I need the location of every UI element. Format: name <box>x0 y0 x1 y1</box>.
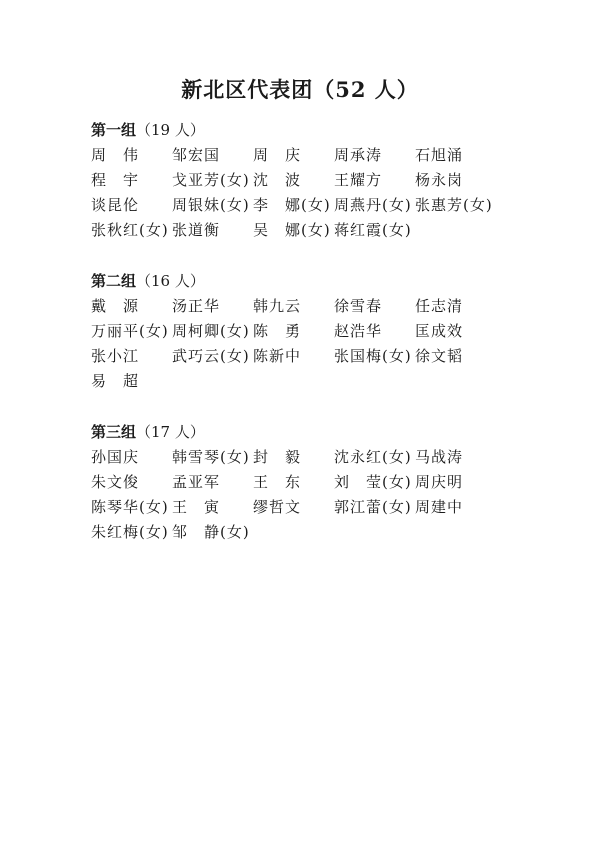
member-name: 张惠芳(女) <box>415 193 496 218</box>
member-name: 周 庆 <box>253 143 334 168</box>
member-name: 王 东 <box>253 470 334 495</box>
group-heading: 第二组（16 人） <box>91 268 496 294</box>
group-count: （17 人） <box>136 423 205 441</box>
name-row: 孙国庆韩雪琴(女)封 毅沈永红(女)马战涛 <box>91 445 496 470</box>
member-name: 马战涛 <box>415 445 496 470</box>
member-name: 韩雪琴(女) <box>172 445 253 470</box>
name-row: 张小江武巧云(女)陈新中张国梅(女)徐文韬 <box>91 344 496 369</box>
member-name <box>253 520 334 545</box>
group-1: 第一组（19 人） 周 伟邹宏国周 庆周承涛石旭涌 程 宇戈亚芳(女)沈 波王耀… <box>91 117 496 243</box>
member-name: 周燕丹(女) <box>334 193 415 218</box>
member-name: 张小江 <box>91 344 172 369</box>
group-name: 第一组 <box>91 121 136 139</box>
member-name: 万丽平(女) <box>91 319 172 344</box>
member-name: 戈亚芳(女) <box>172 168 253 193</box>
name-row: 朱文俊孟亚军王 东刘 莹(女)周庆明 <box>91 470 496 495</box>
member-name: 蒋红霞(女) <box>334 218 415 243</box>
member-name: 缪哲文 <box>253 495 334 520</box>
member-name: 王耀方 <box>334 168 415 193</box>
name-row: 戴 源汤正华韩九云徐雪春任志清 <box>91 294 496 319</box>
member-name: 朱文俊 <box>91 470 172 495</box>
member-name: 匡成效 <box>415 319 496 344</box>
member-name: 赵浩华 <box>334 319 415 344</box>
member-name <box>415 218 496 243</box>
member-name: 周建中 <box>415 495 496 520</box>
member-name: 张国梅(女) <box>334 344 415 369</box>
name-row: 万丽平(女)周柯卿(女)陈 勇赵浩华匡成效 <box>91 319 496 344</box>
member-name: 周 伟 <box>91 143 172 168</box>
member-name: 张秋红(女) <box>91 218 172 243</box>
member-name: 封 毅 <box>253 445 334 470</box>
member-name: 杨永岗 <box>415 168 496 193</box>
member-name: 徐文韬 <box>415 344 496 369</box>
member-name: 李 娜(女) <box>253 193 334 218</box>
member-name: 王 寅 <box>172 495 253 520</box>
member-name: 朱红梅(女) <box>91 520 172 545</box>
member-name: 徐雪春 <box>334 294 415 319</box>
member-name <box>334 369 415 394</box>
name-row: 朱红梅(女)邹 静(女) <box>91 520 496 545</box>
document-title: 新北区代表团（52 人） <box>0 74 600 104</box>
member-name: 陈新中 <box>253 344 334 369</box>
member-name: 汤正华 <box>172 294 253 319</box>
member-name: 韩九云 <box>253 294 334 319</box>
name-row: 谈昆伦周银妹(女)李 娜(女)周燕丹(女)张惠芳(女) <box>91 193 496 218</box>
member-name: 邹 静(女) <box>172 520 253 545</box>
member-name: 邹宏国 <box>172 143 253 168</box>
group-count: （16 人） <box>136 272 205 290</box>
member-name: 程 宇 <box>91 168 172 193</box>
group-name: 第二组 <box>91 272 136 290</box>
group-3: 第三组（17 人） 孙国庆韩雪琴(女)封 毅沈永红(女)马战涛 朱文俊孟亚军王 … <box>91 419 496 545</box>
member-name: 孟亚军 <box>172 470 253 495</box>
group-count: （19 人） <box>136 121 205 139</box>
member-name <box>334 520 415 545</box>
member-name: 陈琴华(女) <box>91 495 172 520</box>
member-name: 周庆明 <box>415 470 496 495</box>
member-name: 陈 勇 <box>253 319 334 344</box>
member-name: 周银妹(女) <box>172 193 253 218</box>
member-name: 刘 莹(女) <box>334 470 415 495</box>
member-name: 石旭涌 <box>415 143 496 168</box>
member-name: 张道衡 <box>172 218 253 243</box>
member-name: 戴 源 <box>91 294 172 319</box>
name-row: 周 伟邹宏国周 庆周承涛石旭涌 <box>91 143 496 168</box>
member-name: 沈 波 <box>253 168 334 193</box>
member-name: 孙国庆 <box>91 445 172 470</box>
member-name: 周承涛 <box>334 143 415 168</box>
member-name: 任志清 <box>415 294 496 319</box>
member-name: 沈永红(女) <box>334 445 415 470</box>
group-heading: 第三组（17 人） <box>91 419 496 445</box>
name-row: 程 宇戈亚芳(女)沈 波王耀方杨永岗 <box>91 168 496 193</box>
member-name: 周柯卿(女) <box>172 319 253 344</box>
member-name: 吴 娜(女) <box>253 218 334 243</box>
member-name: 武巧云(女) <box>172 344 253 369</box>
group-name: 第三组 <box>91 423 136 441</box>
member-name <box>415 369 496 394</box>
member-name: 谈昆伦 <box>91 193 172 218</box>
name-row: 易 超 <box>91 369 496 394</box>
name-row: 陈琴华(女)王 寅缪哲文郭江蕾(女)周建中 <box>91 495 496 520</box>
member-name <box>172 369 253 394</box>
member-name <box>415 520 496 545</box>
group-2: 第二组（16 人） 戴 源汤正华韩九云徐雪春任志清 万丽平(女)周柯卿(女)陈 … <box>91 268 496 394</box>
group-heading: 第一组（19 人） <box>91 117 496 143</box>
member-name: 郭江蕾(女) <box>334 495 415 520</box>
name-row: 张秋红(女)张道衡吴 娜(女)蒋红霞(女) <box>91 218 496 243</box>
member-name <box>253 369 334 394</box>
member-name: 易 超 <box>91 369 172 394</box>
